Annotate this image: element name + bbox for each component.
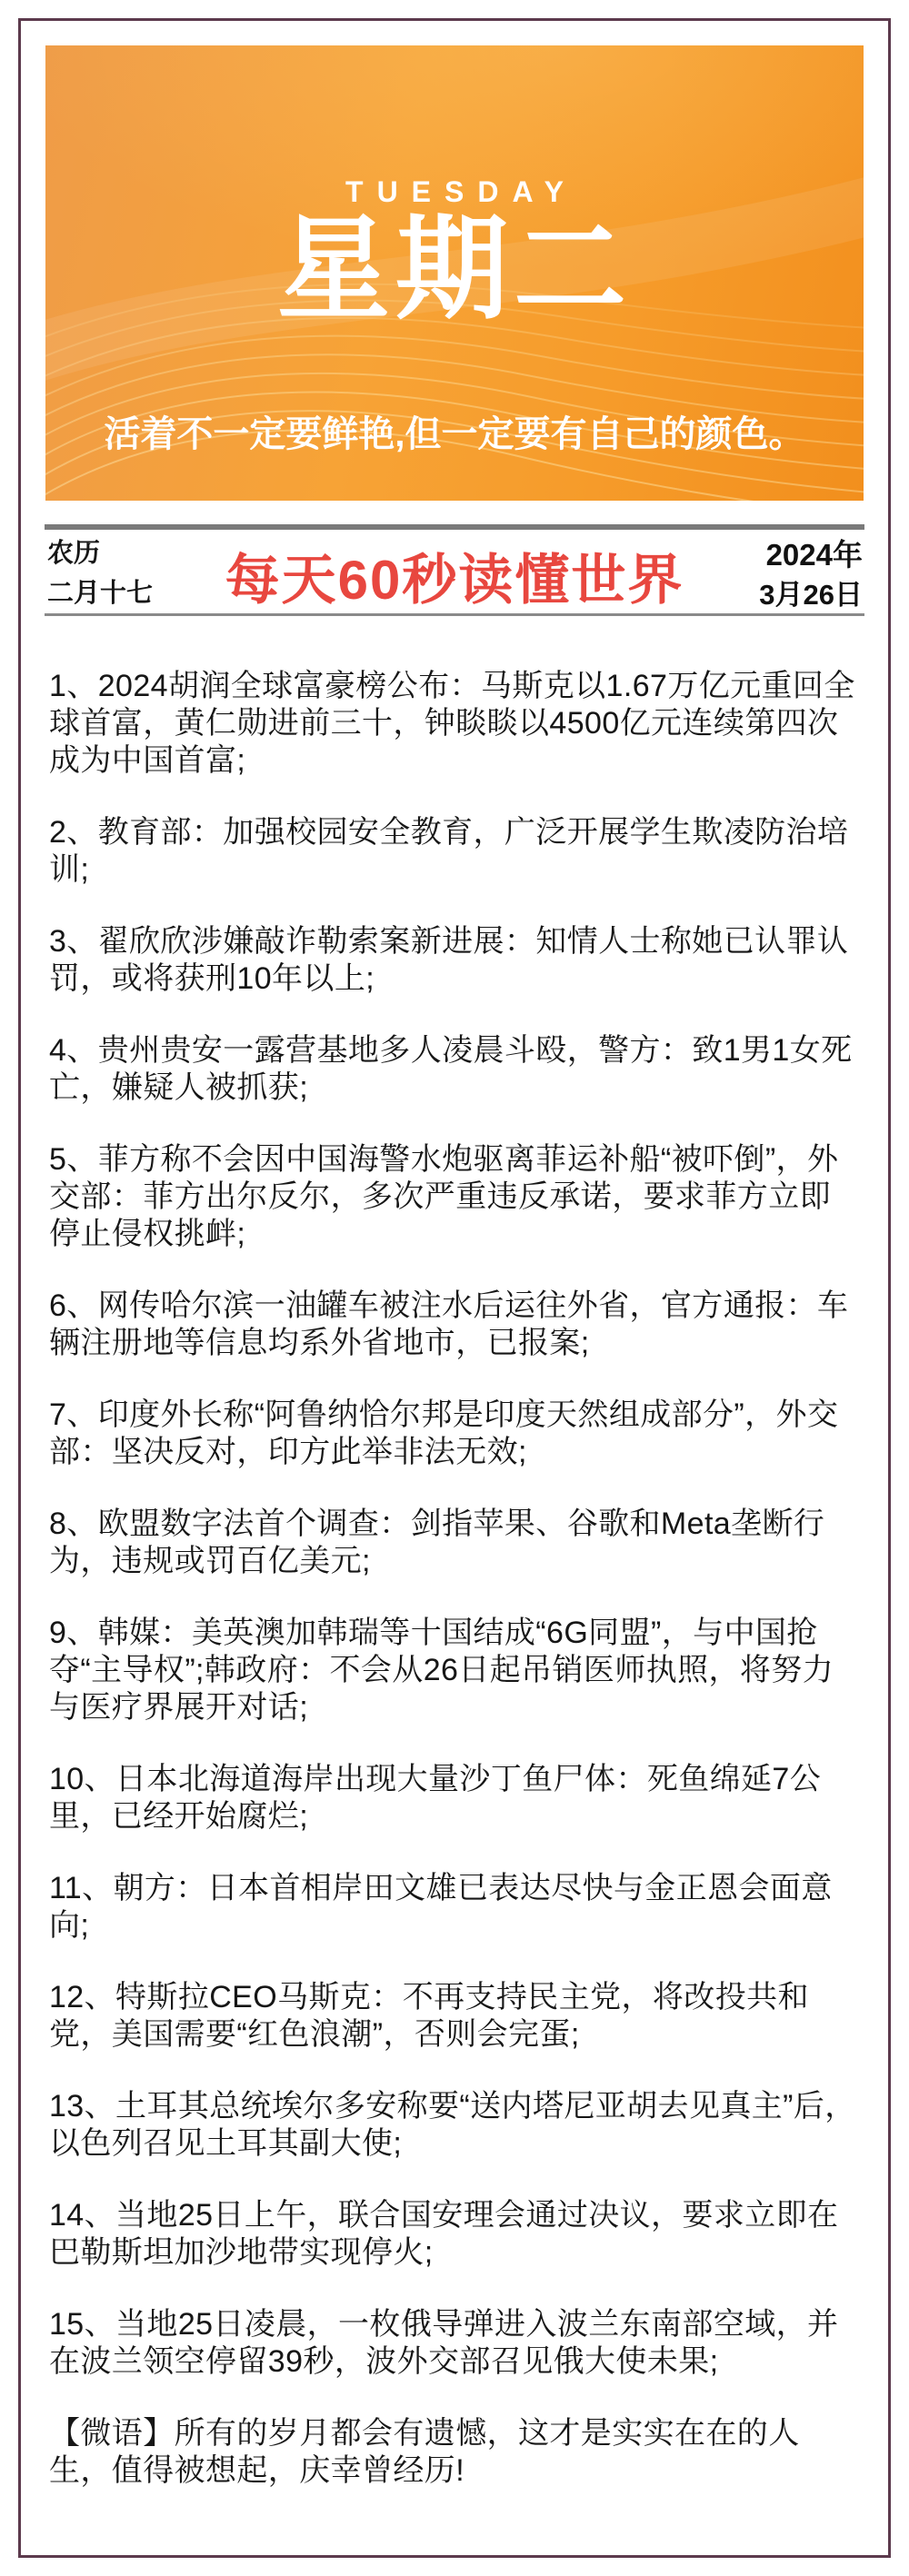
news-item-8: 8、欧盟数字法首个调查：剑指苹果、谷歌和Meta垄断行为，违规或罚百亿美元; xyxy=(49,1506,862,1580)
news-item-15: 15、当地25日凌晨，一枚俄导弹进入波兰东南部空域，并在波兰领空停留39秒，波外… xyxy=(49,2306,862,2381)
weiyu-closing-note: 【微语】所有的岁月都会有遗憾，这才是实实在在的人生，值得被想起，庆幸曾经历! xyxy=(49,2415,862,2490)
date-bar: 农历 二月十七 2024年 3月26日 每天60秒读懂世界 xyxy=(45,524,864,616)
news-item-14: 14、当地25日上午，联合国安理会通过决议，要求立即在巴勒斯坦加沙地带实现停火; xyxy=(49,2197,862,2272)
news-item-2: 2、教育部：加强校园安全教育，广泛开展学生欺凌防治培训; xyxy=(49,814,862,889)
weekday-chinese-title: 星期二 xyxy=(45,212,864,330)
news-item-11: 11、朝方：日本首相岸田文雄已表达尽快与金正恩会面意向; xyxy=(49,1870,862,1944)
brand-title: 每天60秒读懂世界 xyxy=(45,537,864,615)
bottom-rule-line xyxy=(45,613,864,616)
news-item-7: 7、印度外长称“阿鲁纳恰尔邦是印度天然组成部分”，外交部：坚决反对，印方此举非法… xyxy=(49,1397,862,1471)
news-item-9: 9、韩媒：美英澳加韩瑞等十国结成“6G同盟”，与中国抢夺“主导权”;韩政府：不会… xyxy=(49,1615,862,1726)
top-rule-line xyxy=(45,524,864,530)
daily-quote: 活着不一定要鲜艳,但一定要有自己的颜色。 xyxy=(45,405,864,457)
weekday-english-label: TUESDAY xyxy=(45,175,864,209)
news-item-10: 10、日本北海道海岸出现大量沙丁鱼尸体：死鱼绵延7公里，已经开始腐烂; xyxy=(49,1761,862,1835)
news-item-1: 1、2024胡润全球富豪榜公布：马斯克以1.67万亿元重回全球首富，黄仁勋进前三… xyxy=(49,668,862,780)
news-item-13: 13、土耳其总统埃尔多安称要“送内塔尼亚胡去见真主”后，以色列召见土耳其副大使; xyxy=(49,2088,862,2163)
news-item-12: 12、特斯拉CEO马斯克：不再支持民主党，将改投共和党，美国需要“红色浪潮”，否… xyxy=(49,1979,862,2054)
news-list: 1、2024胡润全球富豪榜公布：马斯克以1.67万亿元重回全球首富，黄仁勋进前三… xyxy=(49,668,862,2490)
news-item-3: 3、翟欣欣涉嫌敲诈勒索案新进展：知情人士称她已认罪认罚，或将获刑10年以上; xyxy=(49,923,862,998)
news-item-4: 4、贵州贵安一露营基地多人凌晨斗殴，警方：致1男1女死亡，嫌疑人被抓获; xyxy=(49,1032,862,1107)
weekday-header-card: TUESDAY 星期二 活着不一定要鲜艳,但一定要有自己的颜色。 xyxy=(45,45,864,501)
news-item-6: 6、网传哈尔滨一油罐车被注水后运往外省，官方通报：车辆注册地等信息均系外省地市，… xyxy=(49,1288,862,1362)
news-item-5: 5、菲方称不会因中国海警水炮驱离菲运补船“被吓倒”，外交部：菲方出尔反尔，多次严… xyxy=(49,1141,862,1253)
news-digest-poster: TUESDAY 星期二 活着不一定要鲜艳,但一定要有自己的颜色。 农历 二月十七… xyxy=(0,0,909,2576)
